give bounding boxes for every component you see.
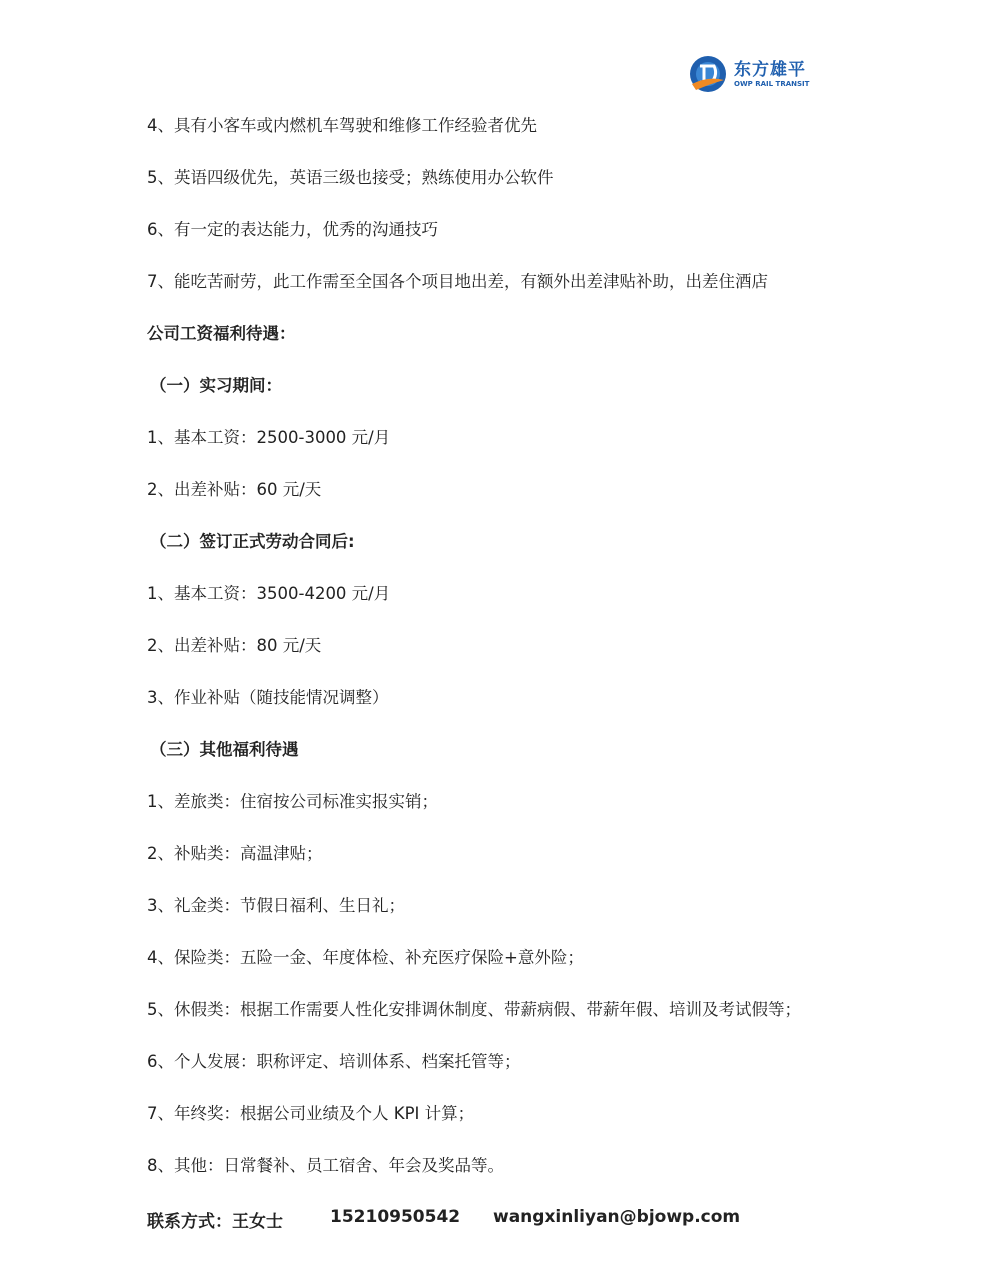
section-title-other-benefits: （三）其他福利待遇 [150,739,299,761]
list-item: 5、休假类：根据工作需要人性化安排调休制度、带薪病假、带薪年假、培训及考试假等； [147,999,801,1021]
list-item: 1、差旅类：住宿按公司标准实报实销； [147,791,438,813]
requirement-item: 7、能吃苦耐劳，此工作需至全国各个项目地出差，有额外出差津贴补助，出差住酒店 [147,271,768,293]
list-item: 3、作业补贴（随技能情况调整） [147,687,389,709]
list-item: 1、基本工资：3500-4200 元/月 [147,583,390,605]
list-item: 4、保险类：五险一金、年度体检、补充医疗保险+意外险； [147,947,584,969]
contact-phone: 15210950542 [330,1207,460,1227]
requirement-item: 6、有一定的表达能力，优秀的沟通技巧 [147,219,438,241]
list-item: 2、补贴类：高温津贴； [147,843,323,865]
list-item: 3、礼金类：节假日福利、生日礼； [147,895,405,917]
logo-name-cn: 东方雄平 [734,60,809,80]
company-logo: 东方雄平 OWP RAIL TRANSIT [688,52,818,96]
list-item: 7、年终奖：根据公司业绩及个人 KPI 计算； [147,1103,474,1125]
list-item: 2、出差补贴：80 元/天 [147,635,321,657]
section-title-internship: （一）实习期间： [150,375,282,397]
contact-label: 联系方式：王女士 [147,1207,283,1232]
benefits-heading: 公司工资福利待遇： [147,323,296,345]
list-item: 1、基本工资：2500-3000 元/月 [147,427,390,449]
requirement-item: 5、英语四级优先，英语三级也接受；熟练使用办公软件 [147,167,554,189]
list-item: 8、其他：日常餐补、员工宿舍、年会及奖品等。 [147,1155,504,1177]
list-item: 2、出差补贴：60 元/天 [147,479,321,501]
requirement-item: 4、具有小客车或内燃机车驾驶和维修工作经验者优先 [147,115,537,137]
logo-name-en: OWP RAIL TRANSIT [734,80,809,89]
logo-mark-icon [688,54,728,94]
list-item: 6、个人发展：职称评定、培训体系、档案托管等； [147,1051,521,1073]
section-title-formal-contract: （二）签订正式劳动合同后: [150,531,355,553]
contact-email[interactable]: wangxinliyan@bjowp.com [493,1207,740,1227]
